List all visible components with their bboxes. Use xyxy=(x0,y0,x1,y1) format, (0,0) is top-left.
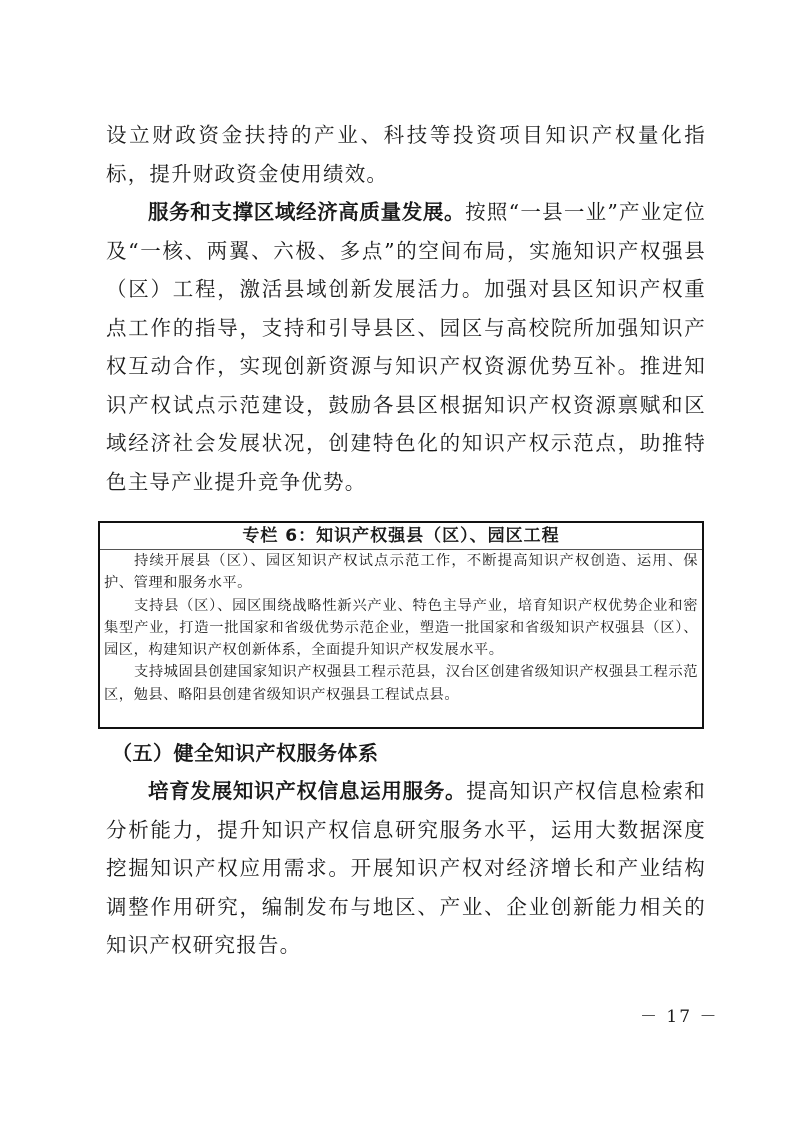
paragraph-regional-development: 服务和支撑区域经济高质量发展。按照“一县一业”产业定位及“一核、两翼、六极、多点… xyxy=(106,193,706,501)
column-box: 专栏 6：知识产权强县（区）、园区工程 持续开展县（区）、园区知识产权试点示范工… xyxy=(98,521,704,729)
paragraph-ip-information-services: 培育发展知识产权信息运用服务。提高知识产权信息检索和分析能力，提升知识产权信息研… xyxy=(106,772,706,965)
paragraph-text: 设立财政资金扶持的产业、科技等投资项目知识产权量化指标，提升财政资金使用绩效。 xyxy=(106,123,706,186)
column-box-paragraph: 支持城固县创建国家知识产权强县工程示范县，汉台区创建省级知识产权强县工程示范区，… xyxy=(104,661,698,706)
paragraph-text: 提高知识产权信息检索和分析能力，提升知识产权信息研究服务水平，运用大数据深度挖掘… xyxy=(106,779,706,957)
column-box-title: 专栏 6：知识产权强县（区）、园区工程 xyxy=(100,523,702,550)
column-box-paragraph: 支持县（区）、园区围绕战略性新兴产业、特色主导产业，培育知识产权优势企业和密集型… xyxy=(104,595,698,662)
paragraph-lead: 培育发展知识产权信息运用服务。 xyxy=(148,779,466,803)
column-box-body: 持续开展县（区）、园区知识产权试点示范工作，不断提高知识产权创造、运用、保护、管… xyxy=(100,550,702,706)
paragraph-fiscal-indicators: 设立财政资金扶持的产业、科技等投资项目知识产权量化指标，提升财政资金使用绩效。 xyxy=(106,116,706,193)
document-page: 设立财政资金扶持的产业、科技等投资项目知识产权量化指标，提升财政资金使用绩效。 … xyxy=(0,0,793,1122)
column-box-paragraph: 持续开展县（区）、园区知识产权试点示范工作，不断提高知识产权创造、运用、保护、管… xyxy=(104,550,698,595)
paragraph-text: 按照“一县一业”产业定位及“一核、两翼、六极、多点”的空间布局，实施知识产权强县… xyxy=(106,200,706,494)
page-number: － 17 － xyxy=(640,1002,718,1027)
paragraph-lead: 服务和支撑区域经济高质量发展。 xyxy=(148,200,465,224)
section-heading: （五）健全知识产权服务体系 xyxy=(112,734,379,772)
